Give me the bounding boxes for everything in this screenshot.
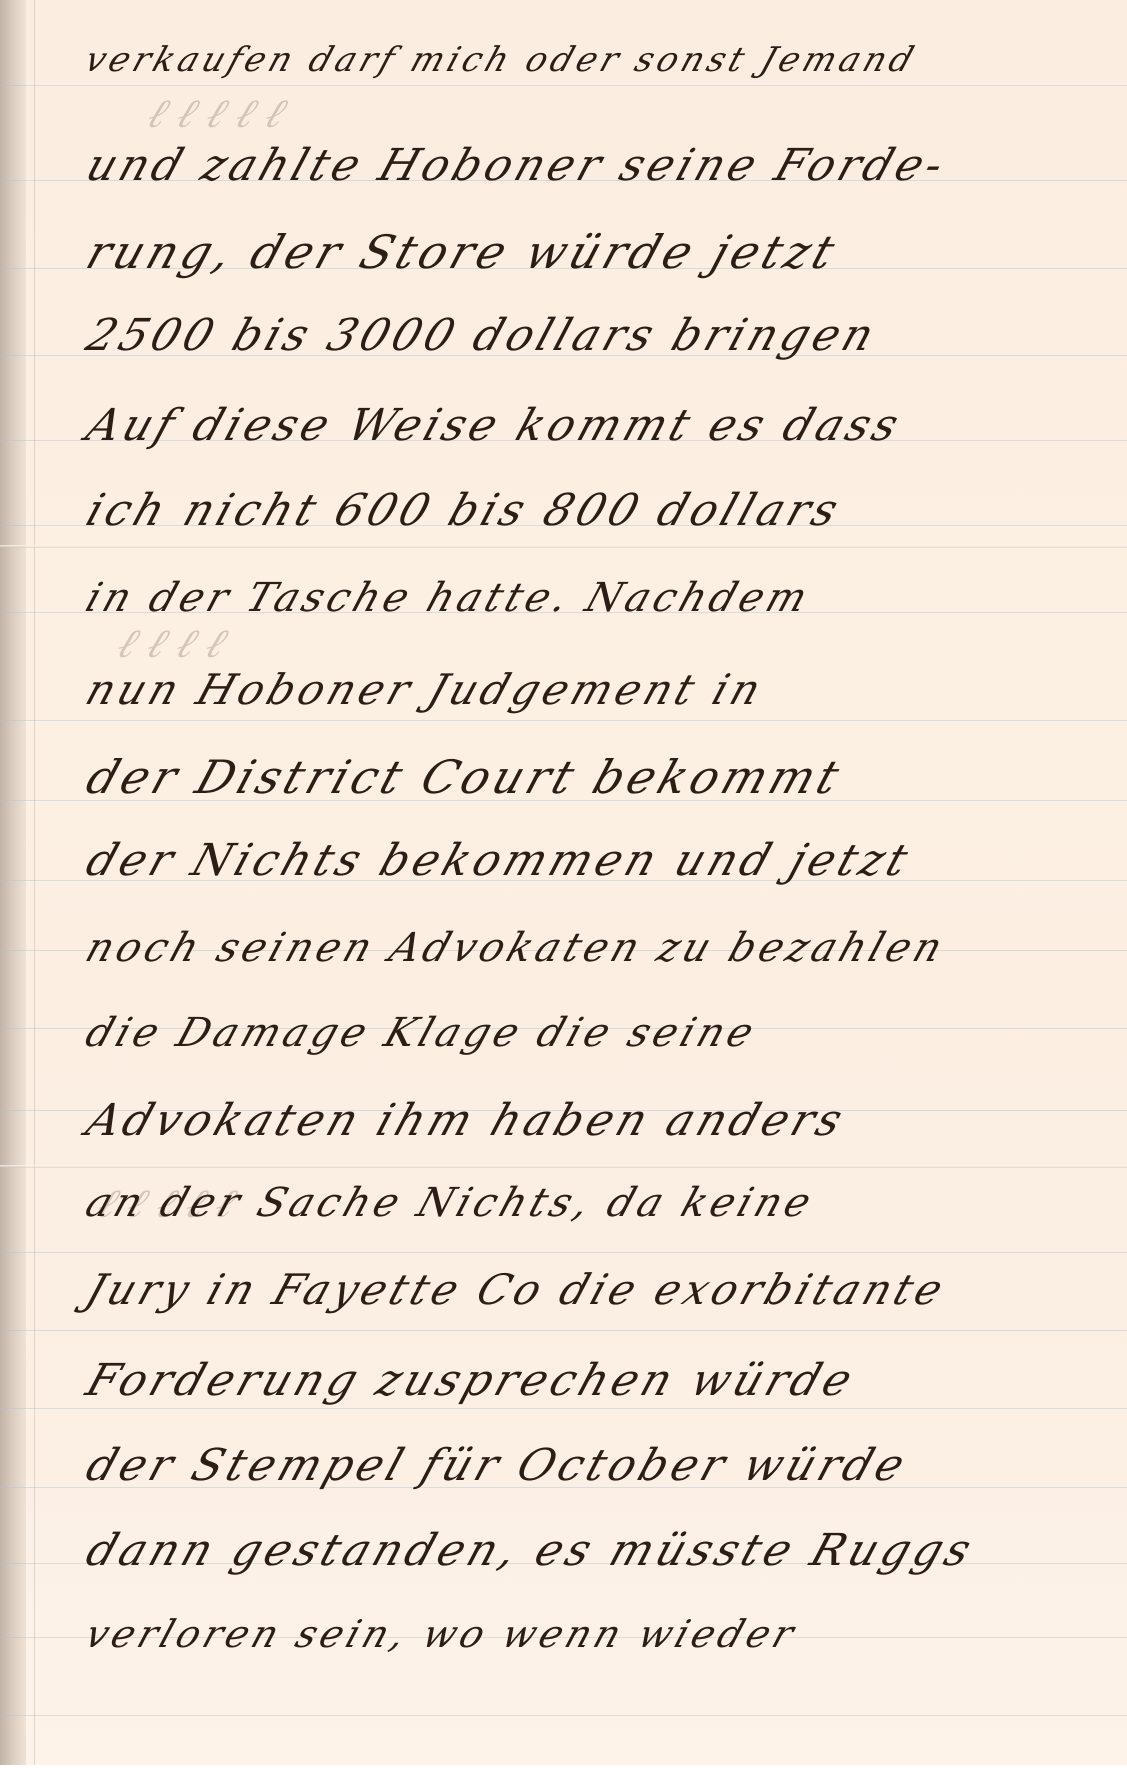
handwritten-line: Forderung zusprechen würde xyxy=(80,1355,862,1406)
handwritten-line: verloren sein, wo wenn wieder xyxy=(80,1612,803,1656)
scan-background xyxy=(0,1765,1127,1791)
handwritten-line: noch seinen Advokaten zu bezahlen xyxy=(80,925,952,971)
ruled-line xyxy=(0,720,1127,721)
handwritten-line: ich nicht 600 bis 800 dollars xyxy=(80,485,848,536)
margin-rule xyxy=(34,0,35,1765)
handwritten-line: der Nichts bekommen und jetzt xyxy=(80,835,918,886)
ink-bleed-through: ℓ ℓ ℓ ℓ ℓ xyxy=(141,90,294,137)
letter-page: ℓ ℓ ℓ ℓ ℓ ℓ ℓ ℓ ℓ ℓ ℓ ℓ ℓ ℓ verkaufen da… xyxy=(0,0,1127,1765)
handwritten-line: Auf diese Weise kommt es dass xyxy=(80,400,909,451)
ruled-line xyxy=(0,1408,1127,1409)
handwritten-line: in der Tasche hatte. Nachdem xyxy=(80,575,817,621)
handwritten-line: und zahlte Hoboner seine Forde- xyxy=(80,140,954,191)
paper-fold xyxy=(0,1165,1127,1168)
ruled-line xyxy=(0,85,1127,86)
handwritten-line: 2500 bis 3000 dollars bringen xyxy=(80,310,884,361)
handwritten-line: an der Sache Nichts, da keine xyxy=(80,1180,820,1226)
paper-fold xyxy=(0,545,1127,548)
handwritten-line: die Damage Klage die seine xyxy=(80,1010,763,1056)
page-edge-shadow xyxy=(0,0,26,1765)
handwritten-line: der District Court bekommt xyxy=(80,750,850,804)
handwritten-line: nun Hoboner Judgement in xyxy=(80,665,771,714)
ruled-line xyxy=(0,1252,1127,1253)
handwritten-line: verkaufen darf mich oder sonst Jemand xyxy=(80,40,922,80)
handwritten-line: dann gestanden, es müsste Ruggs xyxy=(80,1525,981,1576)
handwritten-line: der Stempel für October würde xyxy=(80,1440,915,1491)
ink-bleed-through: ℓ ℓ ℓ ℓ xyxy=(111,620,235,667)
ruled-line xyxy=(0,1330,1127,1331)
handwritten-line: rung, der Store würde jetzt xyxy=(80,225,845,279)
ruled-line xyxy=(0,1715,1127,1716)
handwritten-line: Jury in Fayette Co die exorbitante xyxy=(80,1265,953,1314)
handwritten-line: Advokaten ihm haben anders xyxy=(80,1095,852,1146)
